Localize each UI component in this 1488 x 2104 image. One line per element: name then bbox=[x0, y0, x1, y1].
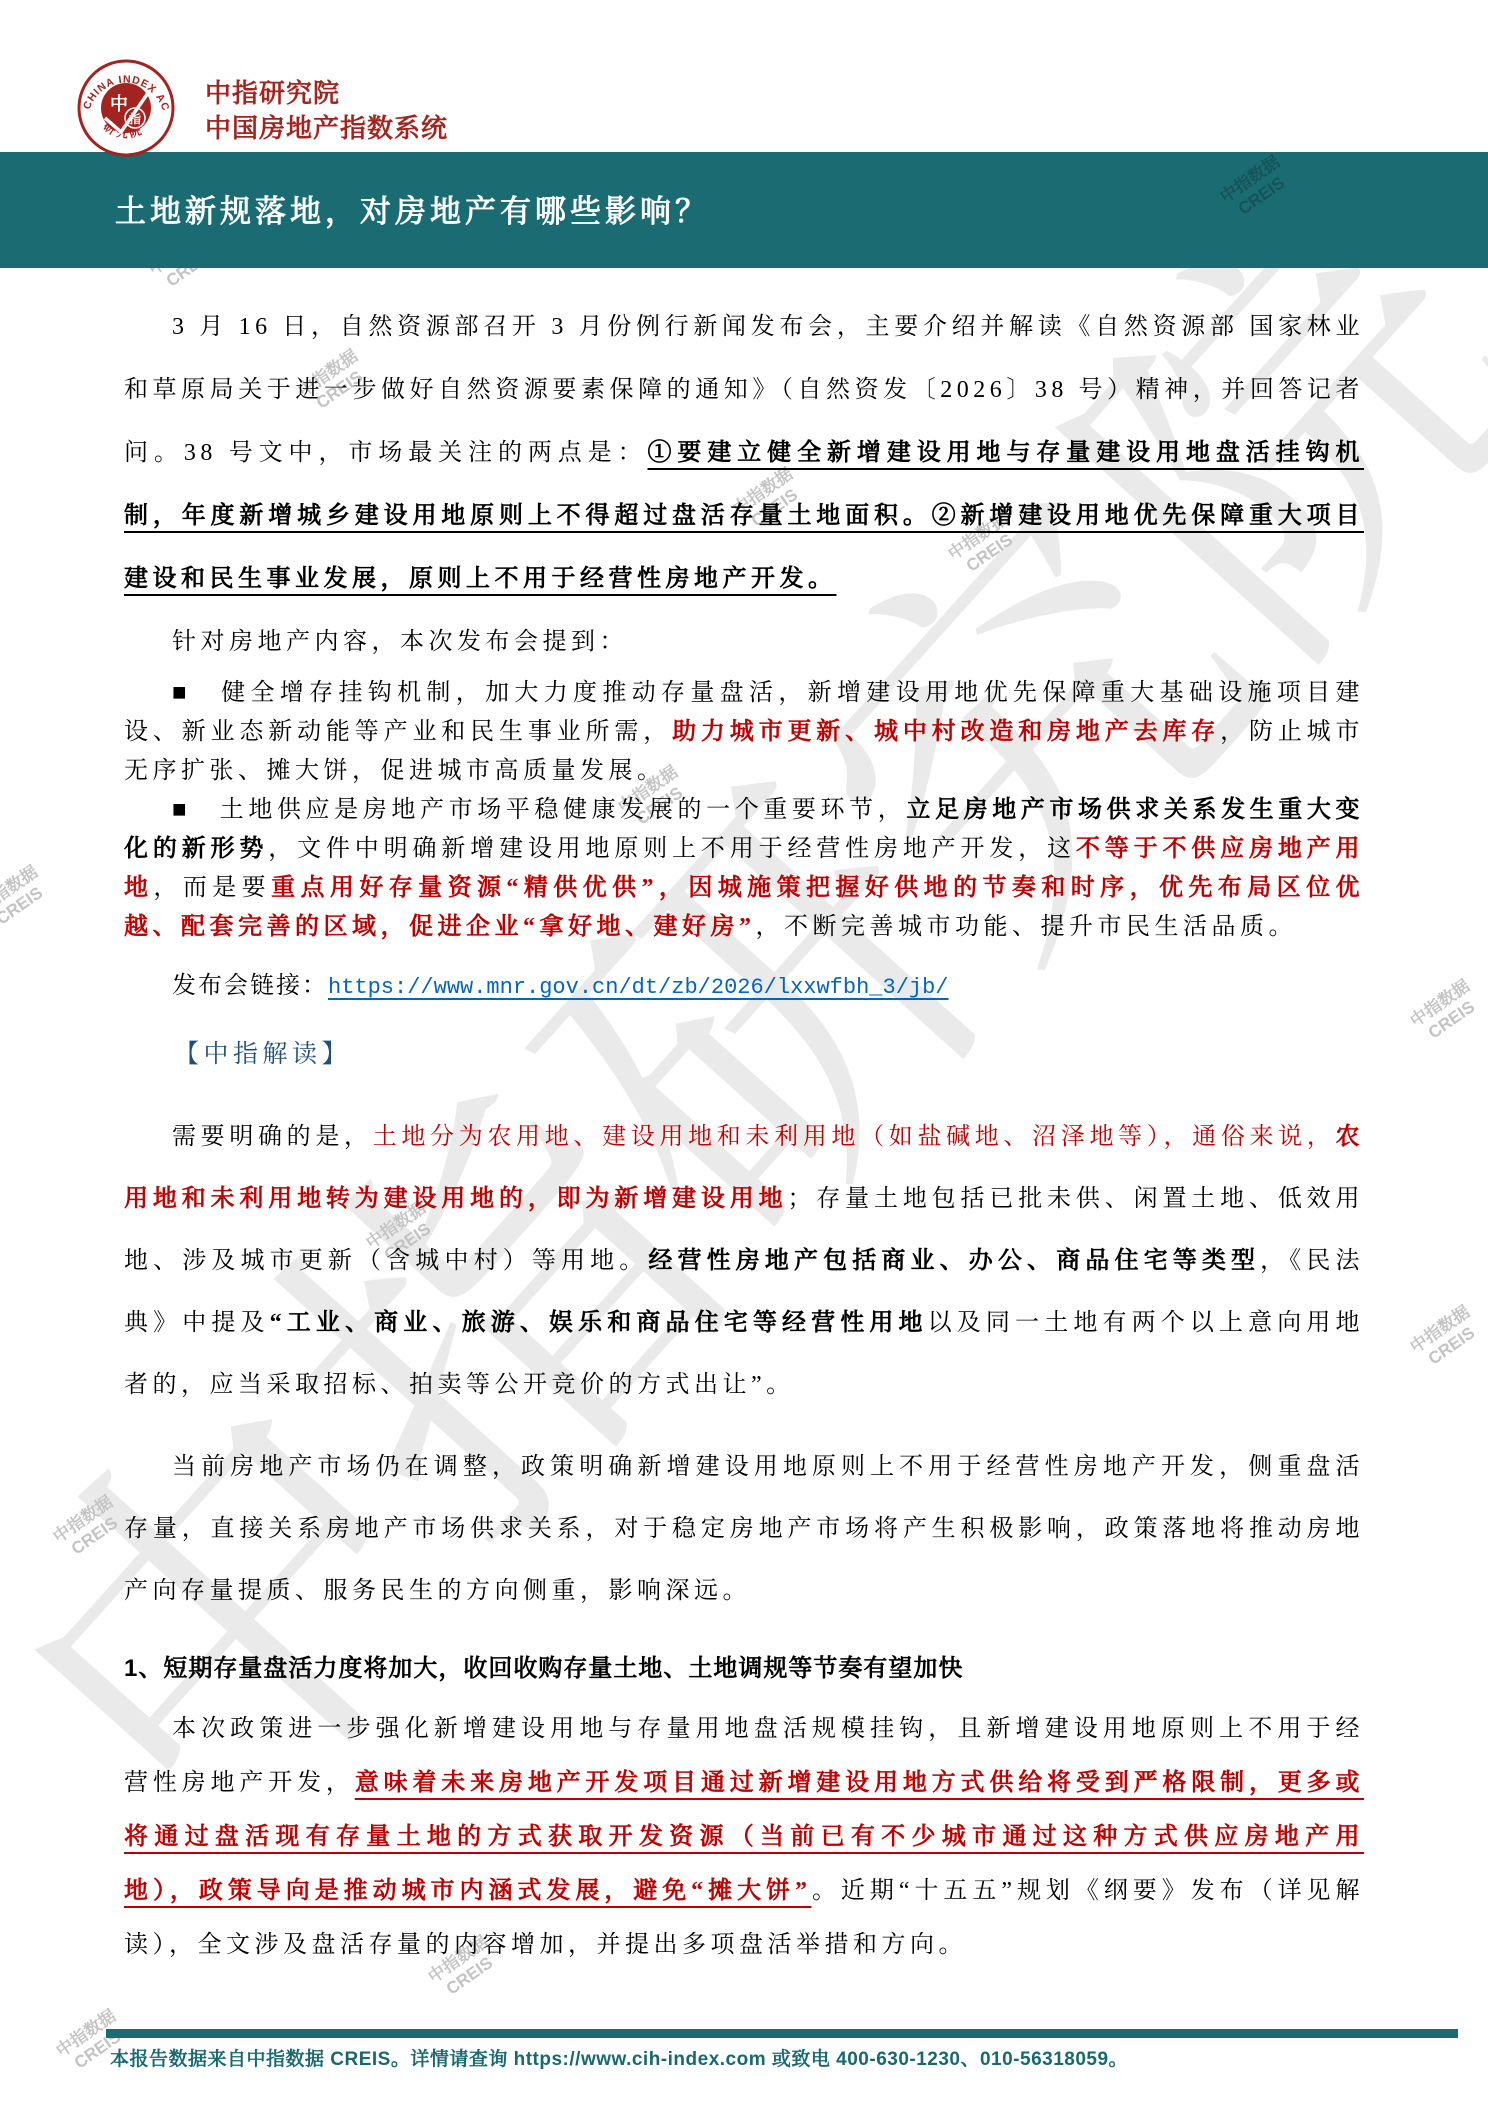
text-segment: 发布会链接： bbox=[172, 973, 328, 999]
bullet-item-1: ■ 健全增存挂钩机制，加大力度推动存量盘活，新增建设用地优先保障重大基础设施项目… bbox=[124, 674, 1364, 791]
document-body: 3 月 16 日，自然资源部召开 3 月份例行新闻发布会，主要介绍并解读《自然资… bbox=[124, 296, 1364, 1972]
report-page: 中指研究院 中指数据CREIS 中指数据CREIS 中指数据CREIS 中指数据… bbox=[0, 0, 1488, 2104]
small-watermark: 中指数据CREIS bbox=[1407, 976, 1486, 1048]
text-segment: “工业、商业、旅游、娱乐和商品住宅等经营性用地 bbox=[270, 1310, 928, 1336]
text-segment: 助力城市更新、城中村改造和房地产去库存 bbox=[672, 719, 1220, 745]
text-segment: 1、短期存量盘活力度将加大，收回收购存量土地、土地调规等节奏有望加快 bbox=[124, 1655, 963, 1682]
interpretation-label: 【中指解读】 bbox=[124, 1023, 1364, 1086]
text-segment: ，文件中明确新增建设用地原则上不用于经营性房地产开发，这 bbox=[268, 836, 1076, 862]
footer-note: 本报告数据来自中指数据 CREIS。详情请查询 https://www.cih-… bbox=[110, 2044, 1450, 2071]
small-watermark: 中指数据CREIS bbox=[0, 862, 53, 934]
small-watermark: 中指数据CREIS bbox=[50, 1492, 129, 1564]
market-impact-paragraph: 当前房地产市场仍在调整，政策明确新增建设用地原则上不用于经营性房地产开发，侧重盘… bbox=[124, 1436, 1364, 1622]
bullet-item-2: ■ 土地供应是房地产市场平稳健康发展的一个重要环节，立足房地产市场供求关系发生重… bbox=[124, 791, 1364, 947]
text-segment: 需要明确的是， bbox=[172, 1124, 373, 1150]
section-1-paragraph: 本次政策进一步强化新增建设用地与存量用地盘活规模挂钩，且新增建设用地原则上不用于… bbox=[124, 1702, 1364, 1972]
page-title: 土地新规落地，对房地产有哪些影响？ bbox=[115, 186, 710, 231]
section-1-heading: 1、短期存量盘活力度将加大，收回收购存量土地、土地调规等节奏有望加快 bbox=[124, 1648, 1364, 1690]
org-line-2: 中国房地产指数系统 bbox=[205, 111, 448, 146]
svg-text:指: 指 bbox=[128, 111, 141, 126]
text-segment: ，而是要 bbox=[153, 875, 271, 901]
small-watermark: 中指数据CREIS bbox=[1407, 1302, 1486, 1374]
press-link-line: 发布会链接：https://www.mnr.gov.cn/dt/zb/2026/… bbox=[124, 955, 1364, 1019]
text-segment: ■ bbox=[172, 797, 220, 823]
page-header: CHINA INDEX ACADEMY 研 究 院 中 指 中指研究院 中国房地… bbox=[0, 0, 1488, 152]
title-band: 土地新规落地，对房地产有哪些影响？ bbox=[0, 152, 1488, 268]
text-segment: 当前房地产市场仍在调整，政策明确新增建设用地原则上不用于经营性房地产开发，侧重盘… bbox=[124, 1454, 1364, 1604]
china-index-academy-logo: CHINA INDEX ACADEMY 研 究 院 中 指 bbox=[76, 58, 176, 158]
text-segment: 土地分为农用地、建设用地和未利用地（如盐碱地、沼泽地等），通俗来说， bbox=[373, 1124, 1336, 1150]
text-segment: 经营性房地产包括商业、办公、商品住宅等类型 bbox=[648, 1248, 1260, 1274]
organization-name: 中指研究院 中国房地产指数系统 bbox=[205, 76, 448, 146]
intro-paragraph: 3 月 16 日，自然资源部召开 3 月份例行新闻发布会，主要介绍并解读《自然资… bbox=[124, 296, 1364, 611]
svg-text:中: 中 bbox=[110, 93, 128, 114]
definition-paragraph: 需要明确的是，土地分为农用地、建设用地和未利用地（如盐碱地、沼泽地等），通俗来说… bbox=[124, 1106, 1364, 1416]
org-line-1: 中指研究院 bbox=[205, 76, 448, 111]
press-conference-link[interactable]: https://www.mnr.gov.cn/dt/zb/2026/lxxwfb… bbox=[328, 975, 949, 1000]
text-segment: 针对房地产内容，本次发布会提到： bbox=[172, 629, 628, 655]
lead-in-line: 针对房地产内容，本次发布会提到： bbox=[124, 611, 1364, 674]
text-segment: ，不断完善城市功能、提升市民生活品质。 bbox=[756, 914, 1298, 940]
text-segment: ■ bbox=[172, 680, 221, 706]
text-segment: 土地供应是房地产市场平稳健康发展的一个重要环节， bbox=[220, 797, 907, 823]
text-segment: 【中指解读】 bbox=[174, 1041, 351, 1068]
footer-divider-bar bbox=[106, 2029, 1458, 2038]
